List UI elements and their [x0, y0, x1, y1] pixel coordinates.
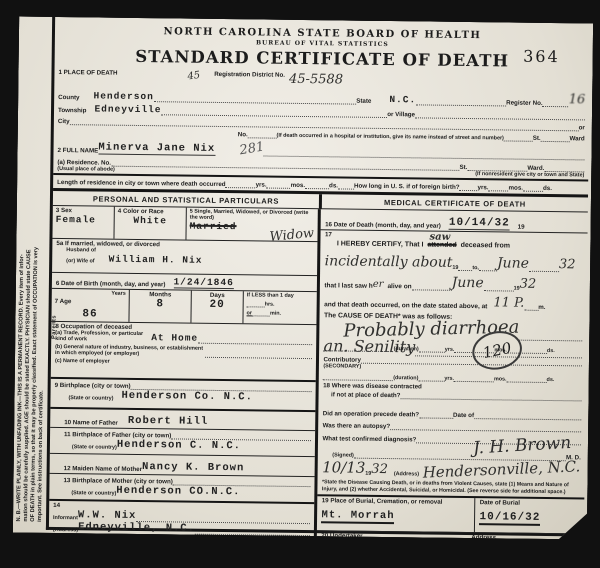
form-header: NORTH CAROLINA STATE BOARD OF HEALTH BUR… [55, 17, 591, 72]
alive-on-label: alive on [387, 283, 411, 290]
ds-label: ds. [547, 377, 555, 383]
certificate-serial-number: 364 [523, 47, 560, 66]
register-no-value: 16 [569, 92, 586, 107]
hospital-note: (If death occurred in a hospital or inst… [277, 133, 504, 142]
ds-label: ds. [543, 185, 552, 192]
date-of-birth-value: 1/24/1846 [173, 276, 233, 289]
occupation-a-label: (a) Trade, Profession, or particular kin… [55, 330, 151, 343]
margin-instructions: N. B.—WRITE PLAINLY, WITH UNFADING INK—T… [16, 24, 50, 522]
date-of-death-label: 16 Date of Death (month, day, and year) [325, 221, 441, 229]
burial-date-label: Date of Burial [480, 499, 581, 507]
father-birthplace-row: 11 Birthplace of Father (city or town) (… [50, 427, 316, 456]
state-or-country-label: (State or country) [72, 444, 117, 451]
birthplace-row: 9 Birthplace (city or town) (State or co… [50, 377, 316, 410]
age-days-value: 20 [195, 299, 240, 312]
occupation-b-label: (b) General nature of industry, business… [55, 344, 205, 358]
mos-label: mos. [494, 376, 507, 382]
disease-contracted-row: 18 Where was disease contracted if not a… [319, 381, 586, 408]
abode-note: (Usual place of abode) [57, 166, 115, 173]
undertaker-values: J.M. Stepp & Son Hendersonville N.C. [333, 539, 560, 568]
undertaker-label: 20 Undertaker [321, 532, 463, 541]
hour-handwritten: 11 P. [493, 295, 524, 310]
autopsy-label: Was there an autopsy? [323, 422, 391, 430]
county-label: County [58, 94, 79, 101]
sign-date-address-row: 10/13 19 32 (Address) Hendersonville, N.… [318, 459, 585, 480]
township-value: Edneyville [94, 103, 161, 115]
occupation-a-value: At Home [151, 332, 198, 344]
place-of-death-block: 1 PLACE OF DEATH 45 Registration Distric… [53, 65, 589, 180]
full-name-value: Minerva Jane Nix [98, 141, 215, 155]
last-saw-label: that I last saw h [324, 282, 372, 290]
duration-contributory-block: (duration) yrs. mos. ds. Contributory (S… [319, 341, 586, 384]
race-value: White [118, 215, 183, 227]
street-label: St. [533, 135, 541, 142]
village-label: or Village [387, 111, 415, 118]
sign-year-handwritten: 32 [371, 462, 388, 477]
yrs-label: yrs. [445, 347, 455, 353]
registration-district-value: 45-5588 [289, 72, 343, 88]
burial-row: 19 Place of Burial, Cremation, or remova… [317, 494, 584, 533]
ds-label: ds. [329, 182, 338, 189]
county-value: Henderson [93, 90, 153, 102]
state-label: State [356, 98, 371, 105]
date-of-birth-row: 6 Date of Birth (month, day, and year) 1… [52, 272, 318, 291]
informant-address-label: (Address) [53, 527, 78, 533]
father-name-label: 10 Name of Father [64, 419, 118, 427]
state-or-country-label: (State or country) [71, 490, 116, 497]
test-label: What test confirmed diagnosis? [322, 435, 416, 443]
street-no-label: No. [238, 131, 248, 138]
father-name-value: Robert Hill [128, 415, 208, 428]
ds-label: ds. [547, 348, 555, 354]
length-of-residence-label: Length of residence in city or town wher… [57, 179, 226, 188]
certify-text-1: I HEREBY CERTIFY, That I [337, 240, 424, 248]
certificate-form: NORTH CAROLINA STATE BOARD OF HEALTH BUR… [46, 17, 590, 537]
mos-label: mos. [291, 182, 306, 189]
spouse-value: William H. Nix [109, 254, 203, 266]
sign-date-handwritten: 10/13 [322, 458, 365, 477]
duration-label: (duration) [394, 346, 419, 352]
filed-handwritten: Oct. 17. 32 Mrs. Will H Williams [52, 544, 282, 565]
contracted-label-2: if not at place of death? [331, 391, 401, 399]
last-saw-handwritten: June [452, 275, 484, 291]
age-row: 7 Age Years 86 Months 8 Days 20 If LESS … [51, 288, 317, 324]
undertaker-row: 20 Undertaker Address [317, 530, 584, 568]
certify-block: 17 I HEREBY CERTIFY, That I attended saw… [320, 229, 588, 344]
full-name-scribble: 281 [238, 139, 265, 158]
mother-name-value: Nancy K. Brown [142, 461, 244, 474]
state-or-country-label: (State or country) [68, 395, 113, 402]
mother-birthplace-value: Henderson CO.N.C. [116, 485, 240, 499]
date-of-label: Date of [453, 412, 474, 419]
mos-label: mos. [509, 185, 524, 192]
from-handwritten: incidentally about [325, 253, 453, 271]
occupation-row: 8 Occupation of deceased (a) Trade, Prof… [51, 321, 317, 380]
foreign-birth-label: How long in U. S. if of foreign birth? [354, 183, 460, 191]
place-of-death-label: 1 PLACE OF DEATH [58, 69, 117, 77]
township-label: Township [58, 107, 87, 114]
mother-birthplace-row: 13 Birthplace of Mother (city or town) (… [49, 473, 315, 502]
attended-struck-word: attended saw [427, 242, 456, 249]
filed-row: 15 Oct. 17. 32 Mrs. Will H Williams REGI… [48, 535, 314, 568]
informant-address-value: Edneyville, N.C. [78, 521, 195, 534]
age-years-value: 86 [54, 308, 125, 321]
ward-label: Ward [569, 135, 584, 142]
er-handwritten: er [373, 279, 384, 290]
date-of-birth-label: 6 Date of Birth (month, day, and year) [56, 280, 166, 288]
full-name-label: 2 FULL NAME [57, 147, 98, 154]
city-label: City [58, 118, 70, 125]
yrs-label: yrs. [444, 376, 454, 382]
informant-label: Informant [53, 515, 78, 521]
year-19-label: 19 [518, 224, 525, 231]
death-occurred-label: and that death occurred, on the date sta… [324, 301, 487, 310]
birthplace-label: 9 Birthplace (city or town) [55, 382, 131, 390]
parents-vertical-label: Parents [51, 315, 57, 339]
to-handwritten: June [497, 255, 529, 271]
occupation-c-label: (c) Name of employer [55, 358, 313, 367]
death-certificate-card: N. B.—WRITE PLAINLY, WITH UNFADING INK—T… [13, 17, 593, 540]
city-or-label: or [579, 124, 585, 131]
sign-address-label: (Address) [394, 471, 419, 477]
operation-label: Did an operation precede death? [323, 410, 419, 418]
register-no-label: Register No. [506, 99, 543, 106]
informant-value: W.W. Nix [78, 509, 137, 522]
last-saw-year-handwritten: 32 [520, 277, 537, 292]
undertaker-value-2: N.C. [511, 558, 559, 568]
min-label: min. [270, 311, 281, 317]
sign-address-handwritten: Hendersonville, N.C. [423, 457, 581, 481]
personal-column: 3 Sex Female 4 Color or Race White 5 Sin… [48, 206, 321, 568]
state-value: N.C. [389, 94, 416, 105]
m-label: m. [538, 304, 545, 311]
birthplace-value: Henderson Co. N.C. [121, 390, 253, 404]
to-year-handwritten: 32 [559, 257, 576, 272]
mother-name-label: 12 Maiden Name of Mother [64, 465, 142, 473]
county-scribble: 45 [187, 70, 201, 83]
undertaker-value: J.M. Stepp & Son Hendersonville [333, 544, 559, 559]
age-label: 7 Age [55, 298, 72, 305]
filed-number: 15 [53, 538, 311, 548]
yrs-label: yrs. [477, 184, 488, 191]
burial-place-label: 19 Place of Burial, Cremation, or remova… [322, 497, 471, 506]
registration-district-label: Registration District No. [214, 71, 285, 79]
undertaker-address-label: Address [471, 534, 580, 542]
date-of-death-value: 10/14/32 [449, 217, 510, 231]
sex-value: Female [56, 214, 111, 226]
wife-of-label: (or) Wife of [66, 258, 94, 264]
certify-text-2: deceased from [461, 242, 511, 250]
saw-handwritten: saw [430, 232, 451, 243]
burial-date-value: 10/16/32 [479, 511, 540, 526]
residence-st-label: St. [459, 164, 467, 171]
informant-row: 14 Informant W.W. Nix (Address) Edneyvil… [49, 499, 315, 538]
age-months-value: 8 [133, 298, 188, 311]
yrs-label: yrs. [256, 181, 267, 188]
duration-label: (duration) [393, 375, 418, 381]
scanned-photo-background: N. B.—WRITE PLAINLY, WITH UNFADING INK—T… [0, 0, 600, 568]
medical-column: 16 Date of Death (month, day, and year) … [317, 209, 588, 568]
years-label: Years [111, 291, 125, 297]
father-birthplace-value: Henderson C. N.C. [117, 439, 241, 453]
registrar-label: REGISTRAR [52, 561, 290, 568]
burial-place-value: Mt. Morrah [321, 509, 394, 524]
spouse-row: 5a If married, widowed, or divorced Husb… [52, 238, 318, 275]
